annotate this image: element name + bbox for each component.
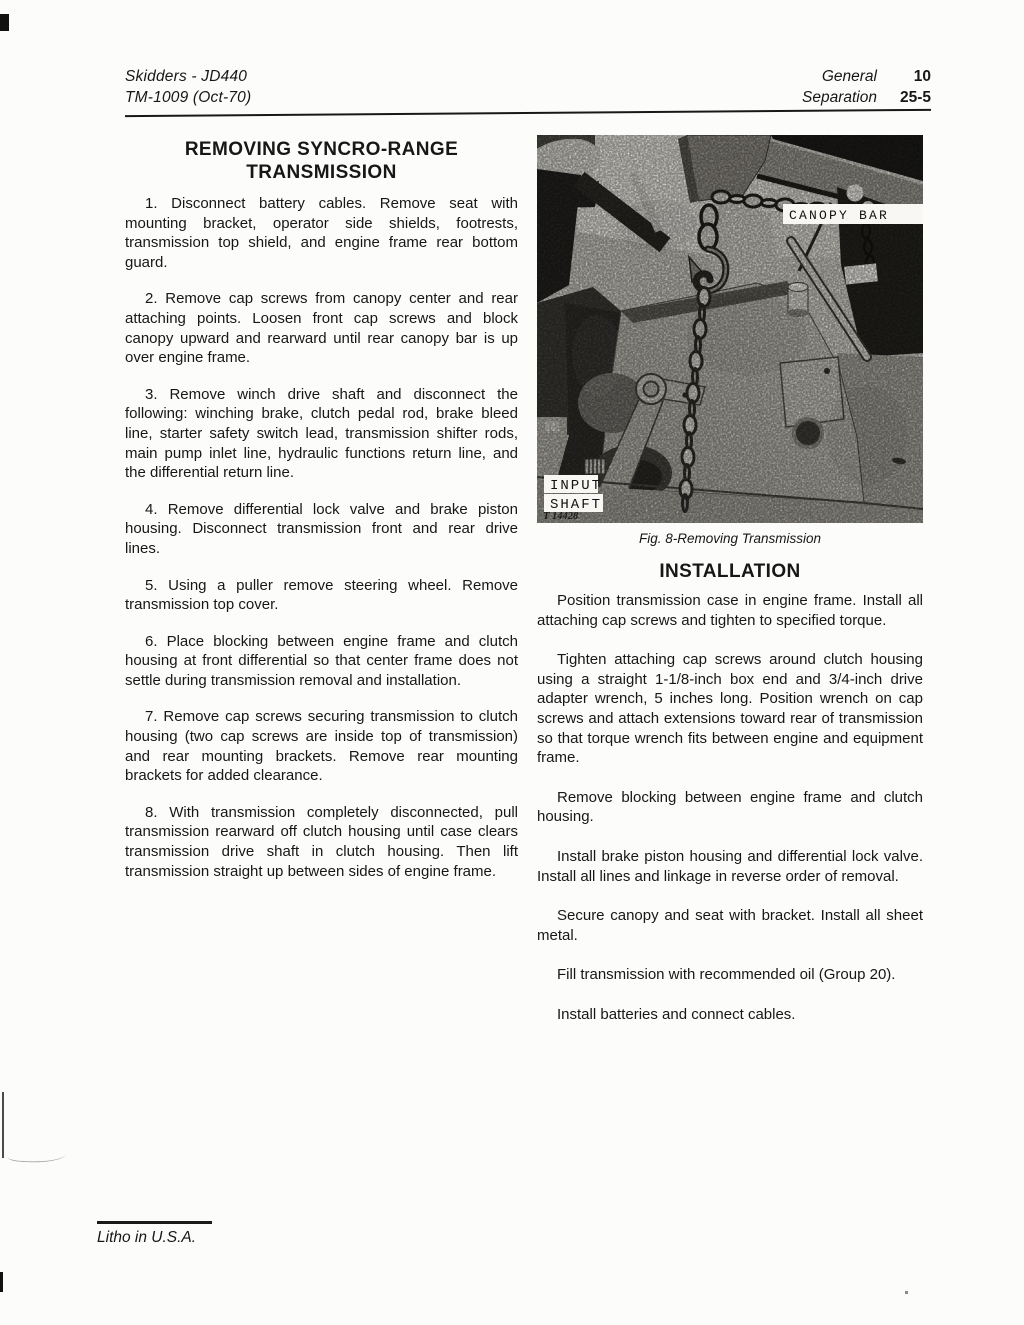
removal-title: REMOVING SYNCRO-RANGE TRANSMISSION xyxy=(125,138,518,184)
removal-step: 1. Disconnect battery cables. Remove sea… xyxy=(125,194,518,272)
scan-artifact-dot xyxy=(905,1291,908,1294)
header-manual: TM-1009 (Oct-70) xyxy=(125,87,251,108)
footer-litho-rule xyxy=(97,1221,212,1224)
header-page-number: 25-5 xyxy=(877,87,931,108)
page-header-right: General 10 Separation 25-5 xyxy=(802,66,931,108)
header-product: Skidders - JD440 xyxy=(125,66,251,87)
removal-section: REMOVING SYNCRO-RANGE TRANSMISSION 1. Di… xyxy=(125,138,518,898)
installation-paragraph: Remove blocking between engine frame and… xyxy=(537,788,923,827)
page-header-left: Skidders - JD440 TM-1009 (Oct-70) xyxy=(125,66,251,108)
removal-step: 8. With transmission completely disconne… xyxy=(125,803,518,881)
removal-step: 7. Remove cap screws securing transmissi… xyxy=(125,707,518,785)
header-row-general: General 10 xyxy=(802,66,931,87)
header-rule xyxy=(125,109,931,117)
installation-paragraph: Secure canopy and seat with bracket. Ins… xyxy=(537,906,923,945)
photo-svg: CANOPY BAR INPUT SHAFT T 14428 xyxy=(537,135,923,523)
photo-code: T 14428 xyxy=(543,511,579,522)
figure-photo: CANOPY BAR INPUT SHAFT T 14428 xyxy=(537,135,923,523)
input-shaft-label-line1: INPUT xyxy=(550,478,602,494)
installation-paragraph: Install brake piston housing and differe… xyxy=(537,847,923,886)
removal-step: 2. Remove cap screws from canopy center … xyxy=(125,289,518,367)
removal-step: 5. Using a puller remove steering wheel.… xyxy=(125,576,518,615)
installation-paragraph: Position transmission case in engine fra… xyxy=(537,591,923,630)
header-page-number: 10 xyxy=(877,66,931,87)
removal-title-line1: REMOVING SYNCRO-RANGE xyxy=(185,139,458,160)
input-shaft-label: INPUT SHAFT xyxy=(544,475,603,513)
canopy-bar-label-text: CANOPY BAR xyxy=(789,208,889,223)
header-section-label: General xyxy=(822,66,877,87)
manual-page: Skidders - JD440 TM-1009 (Oct-70) Genera… xyxy=(0,0,1024,1325)
scan-artifact-line xyxy=(2,1092,4,1158)
scan-artifact-tick xyxy=(0,1272,3,1292)
canopy-bar-label: CANOPY BAR xyxy=(783,204,923,224)
header-row-separation: Separation 25-5 xyxy=(802,87,931,108)
removal-step: 3. Remove winch drive shaft and disconne… xyxy=(125,385,518,483)
scan-artifact-corner xyxy=(0,14,9,31)
right-column: CANOPY BAR INPUT SHAFT T 14428 Fig. 8-Re… xyxy=(537,135,923,1045)
scan-artifact-arc xyxy=(8,1146,67,1165)
installation-paragraph: Fill transmission with recommended oil (… xyxy=(537,965,923,985)
installation-paragraph: Install batteries and connect cables. xyxy=(537,1005,923,1025)
film-grain xyxy=(537,135,923,523)
figure-caption: Fig. 8-Removing Transmission xyxy=(537,530,923,547)
installation-title: INSTALLATION xyxy=(537,560,923,583)
footer-litho: Litho in U.S.A. xyxy=(97,1229,196,1247)
removal-title-line2: TRANSMISSION xyxy=(246,162,396,183)
installation-paragraph: Tighten attaching cap screws around clut… xyxy=(537,650,923,768)
removal-step: 6. Place blocking between engine frame a… xyxy=(125,632,518,691)
header-section-label: Separation xyxy=(802,87,877,108)
removal-step: 4. Remove differential lock valve and br… xyxy=(125,500,518,559)
